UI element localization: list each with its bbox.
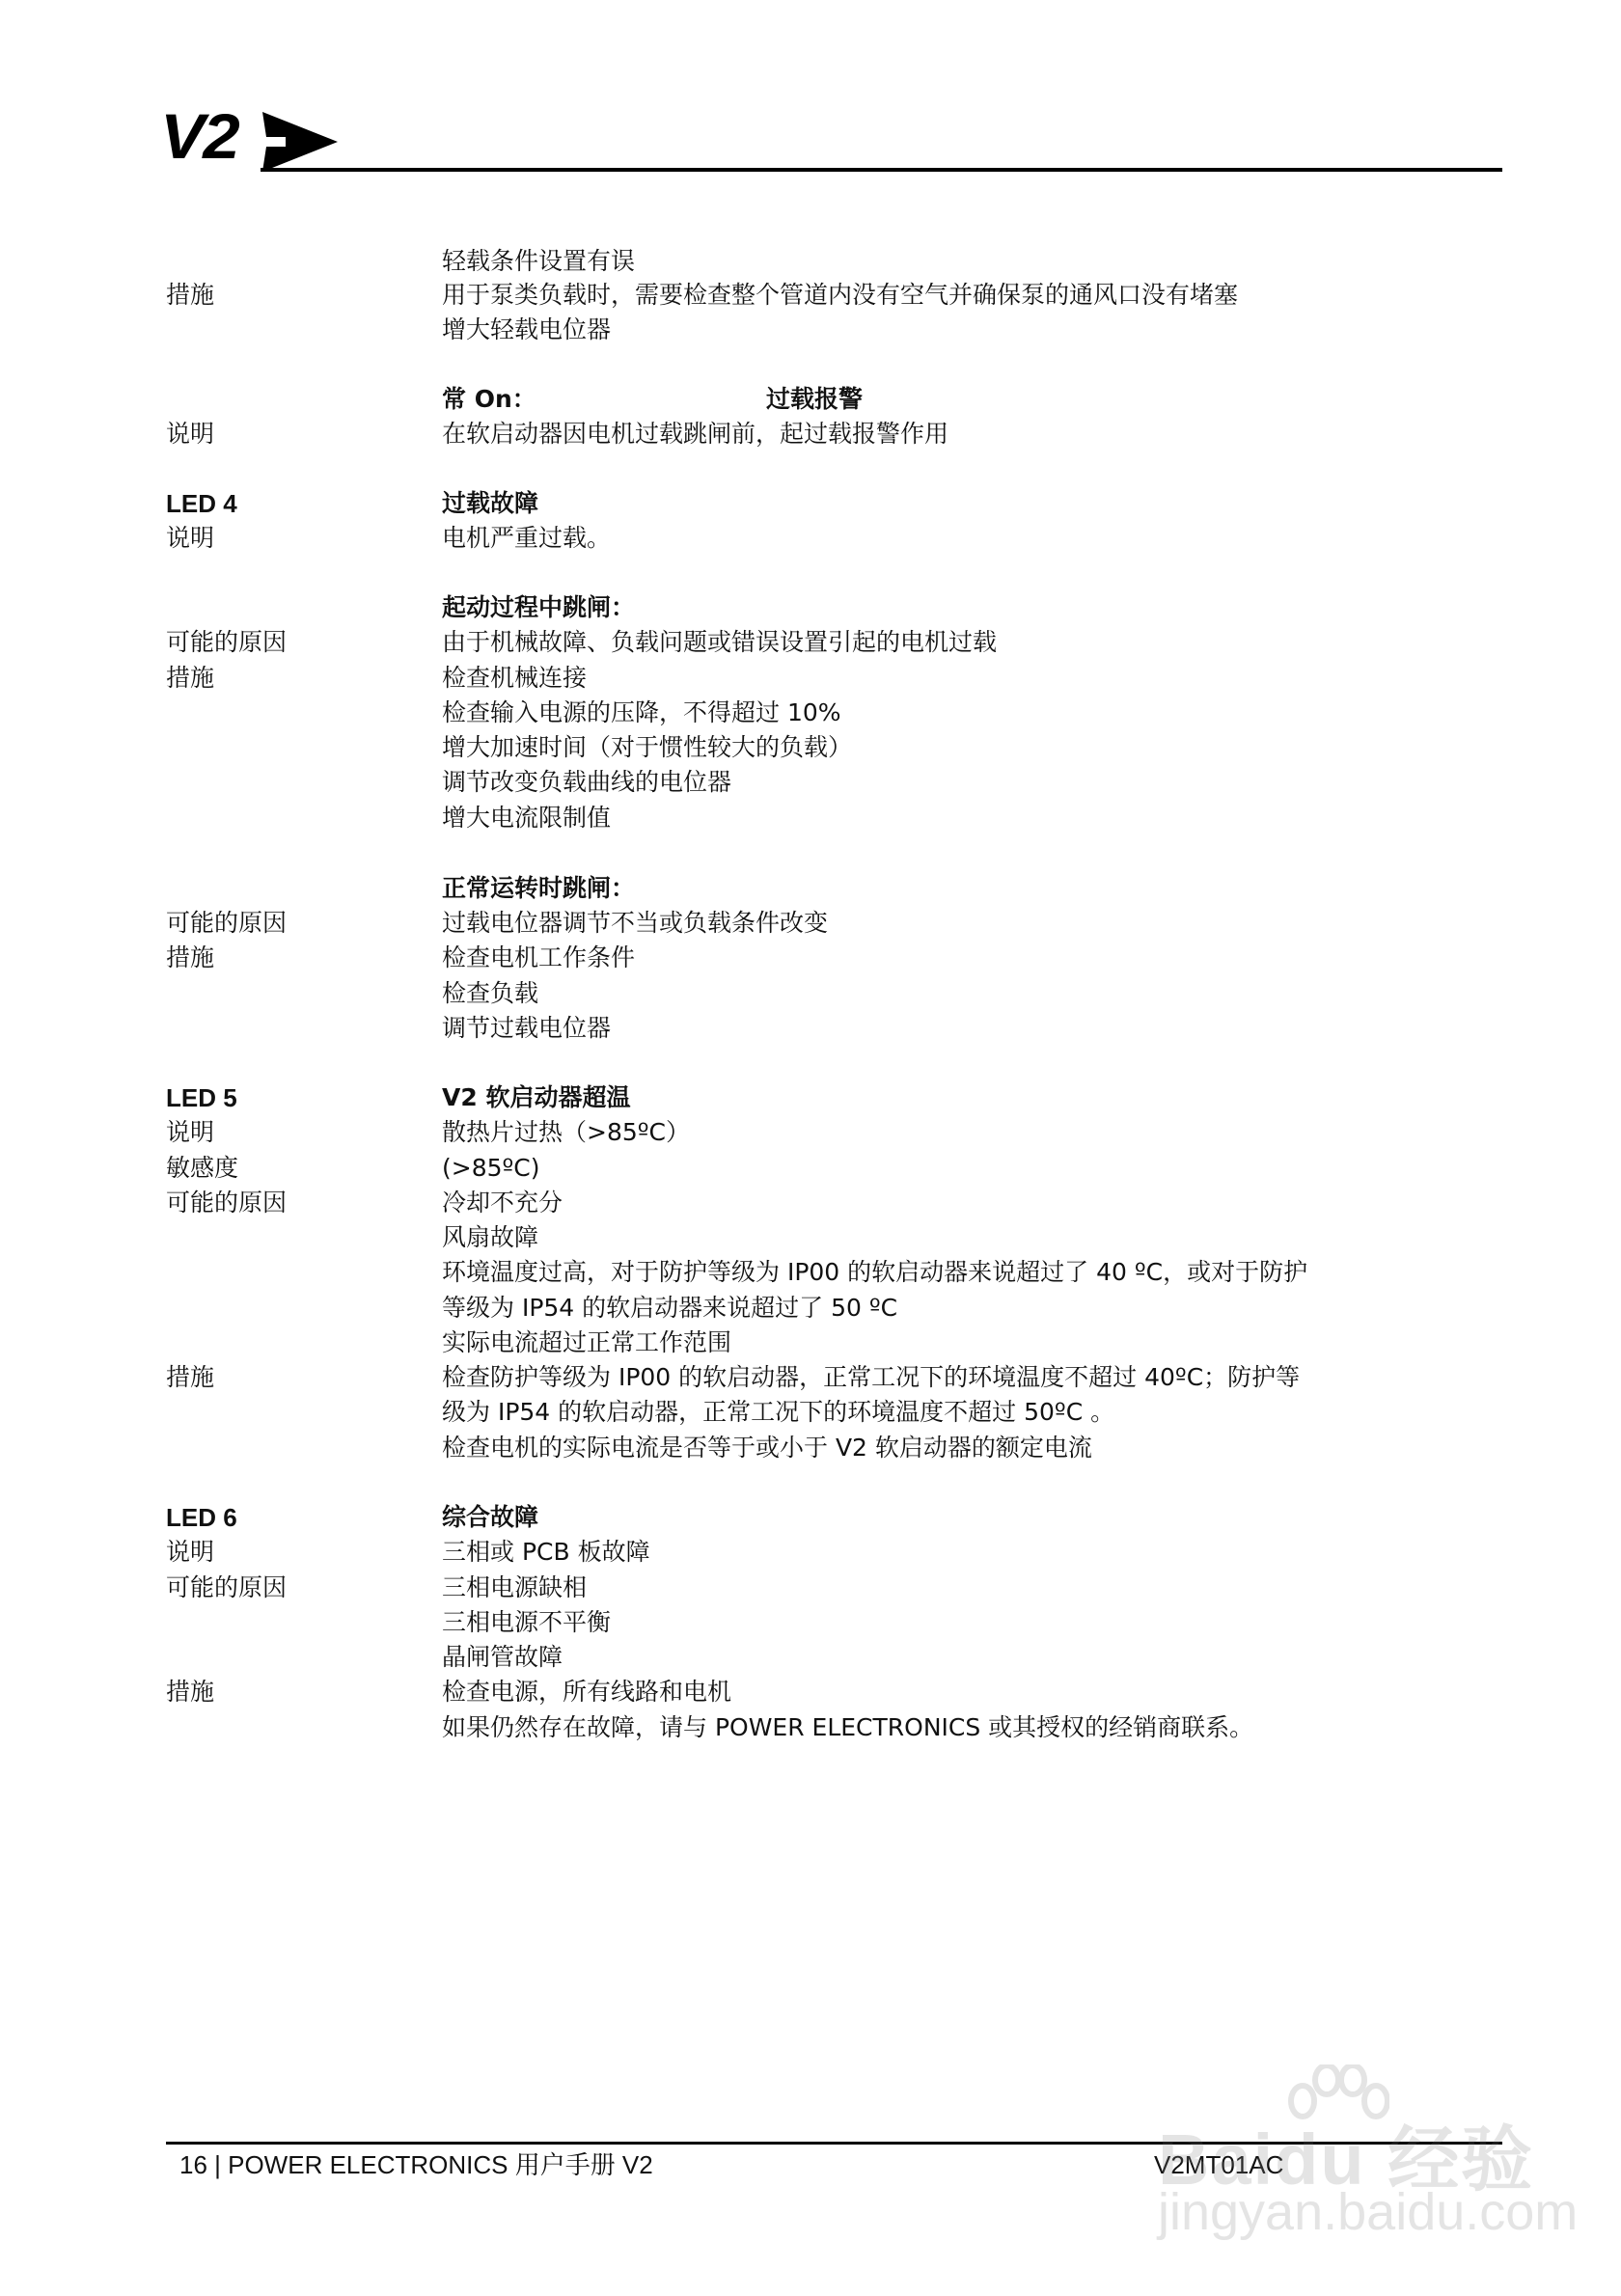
content-row: 三相电源不平衡 bbox=[0, 1605, 1621, 1640]
content-row: 措施检查机械连接 bbox=[0, 661, 1621, 696]
content-row: 说明电机严重过载。 bbox=[0, 521, 1621, 556]
paw-icon bbox=[1283, 2064, 1389, 2151]
field-value: 增大轻载电位器 bbox=[442, 313, 611, 347]
field-value: 增大加速时间（对于惯性较大的负载） bbox=[442, 730, 852, 765]
content-row: 实际电流超过正常工作范围 bbox=[0, 1326, 1621, 1360]
field-label: 可能的原因 bbox=[166, 625, 287, 660]
field-value: 轻载条件设置有误 bbox=[442, 244, 635, 279]
content-row: 调节过载电位器 bbox=[0, 1011, 1621, 1046]
content-row: 措施检查电源，所有线路和电机 bbox=[0, 1675, 1621, 1709]
field-value: 三相电源不平衡 bbox=[442, 1605, 611, 1640]
field-value: 检查机械连接 bbox=[442, 661, 587, 696]
field-value: 三相电源缺相 bbox=[442, 1571, 587, 1605]
field-value: 用于泵类负载时，需要检查整个管道内没有空气并确保泵的通风口没有堵塞 bbox=[442, 278, 1238, 313]
content-row: 环境温度过高，对于防护等级为 IP00 的软启动器来说超过了 40 ºC，或对于… bbox=[0, 1255, 1621, 1290]
content-row: 可能的原因冷却不充分 bbox=[0, 1186, 1621, 1220]
field-value: (>85ºC) bbox=[442, 1151, 540, 1186]
field-value: 在软启动器因电机过载跳闸前，起过载报警作用 bbox=[442, 417, 948, 451]
section-title: 过载故障 bbox=[442, 486, 538, 521]
content-row: 风扇故障 bbox=[0, 1220, 1621, 1255]
content-row: 轻载条件设置有误 bbox=[0, 244, 1621, 279]
led-label: LED 4 bbox=[166, 486, 237, 521]
section-title: 常 On： bbox=[442, 382, 536, 417]
field-value: 增大电流限制值 bbox=[442, 801, 611, 835]
content-row: 如果仍然存在故障，请与 POWER ELECTRONICS 或其授权的经销商联系… bbox=[0, 1710, 1621, 1745]
field-value: 实际电流超过正常工作范围 bbox=[442, 1326, 731, 1360]
content-row: 等级为 IP54 的软启动器来说超过了 50 ºC bbox=[0, 1291, 1621, 1326]
content-row: 起动过程中跳闸： bbox=[0, 590, 1621, 625]
field-value: 检查输入电源的压降，不得超过 10% bbox=[442, 696, 841, 730]
content-row: 说明散热片过热（>85ºC） bbox=[0, 1115, 1621, 1150]
field-value: 级为 IP54 的软启动器，正常工况下的环境温度不超过 50ºC 。 bbox=[442, 1395, 1114, 1430]
arrow-icon bbox=[261, 112, 340, 172]
section-title-secondary: 过载报警 bbox=[766, 382, 863, 417]
field-value: 检查电源，所有线路和电机 bbox=[442, 1675, 731, 1709]
led-label: LED 5 bbox=[166, 1080, 237, 1115]
field-label: 措施 bbox=[166, 941, 214, 975]
footer-page-info: 16 | POWER ELECTRONICS 用户手册 V2 bbox=[179, 2149, 653, 2180]
field-label: 说明 bbox=[166, 1115, 214, 1150]
content-row: 级为 IP54 的软启动器，正常工况下的环境温度不超过 50ºC 。 bbox=[0, 1395, 1621, 1430]
section-title: V2 软启动器超温 bbox=[442, 1080, 630, 1115]
field-value: 环境温度过高，对于防护等级为 IP00 的软启动器来说超过了 40 ºC，或对于… bbox=[442, 1255, 1307, 1290]
field-label: 可能的原因 bbox=[166, 906, 287, 941]
content-row: 检查电机的实际电流是否等于或小于 V2 软启动器的额定电流 bbox=[0, 1431, 1621, 1465]
field-label: 说明 bbox=[166, 1535, 214, 1570]
field-label: 措施 bbox=[166, 661, 214, 696]
field-value: 如果仍然存在故障，请与 POWER ELECTRONICS 或其授权的经销商联系… bbox=[442, 1710, 1253, 1745]
content-row: 可能的原因由于机械故障、负载问题或错误设置引起的电机过载 bbox=[0, 625, 1621, 660]
content-row: 措施检查电机工作条件 bbox=[0, 941, 1621, 975]
content-row: 可能的原因过载电位器调节不当或负载条件改变 bbox=[0, 906, 1621, 941]
field-value: 检查电机工作条件 bbox=[442, 941, 635, 975]
section-heading-row: LED 6综合故障 bbox=[0, 1500, 1621, 1535]
field-value: 检查防护等级为 IP00 的软启动器，正常工况下的环境温度不超过 40ºC；防护… bbox=[442, 1360, 1300, 1395]
content-row: 检查负载 bbox=[0, 976, 1621, 1011]
v2-logo: V2 bbox=[162, 104, 236, 168]
header-divider bbox=[261, 168, 1502, 172]
content-row: 增大加速时间（对于惯性较大的负载） bbox=[0, 730, 1621, 765]
field-label: 可能的原因 bbox=[166, 1186, 287, 1220]
field-value: 三相或 PCB 板故障 bbox=[442, 1535, 650, 1570]
field-label: 说明 bbox=[166, 417, 214, 451]
field-value: 调节改变负载曲线的电位器 bbox=[442, 765, 731, 800]
field-label: 可能的原因 bbox=[166, 1571, 287, 1605]
field-value: 检查电机的实际电流是否等于或小于 V2 软启动器的额定电流 bbox=[442, 1431, 1092, 1465]
content-row: 检查输入电源的压降，不得超过 10% bbox=[0, 696, 1621, 730]
content-row: 说明在软启动器因电机过载跳闸前，起过载报警作用 bbox=[0, 417, 1621, 451]
field-value: 冷却不充分 bbox=[442, 1186, 563, 1220]
field-value: 由于机械故障、负载问题或错误设置引起的电机过载 bbox=[442, 625, 997, 660]
section-title: 正常运转时跳闸： bbox=[442, 871, 635, 906]
content-row: 增大轻载电位器 bbox=[0, 313, 1621, 347]
field-label: 敏感度 bbox=[166, 1151, 238, 1186]
field-value: 散热片过热（>85ºC） bbox=[442, 1115, 690, 1150]
field-value: 电机严重过载。 bbox=[442, 521, 611, 556]
content-row: 增大电流限制值 bbox=[0, 801, 1621, 835]
field-label: 措施 bbox=[166, 1360, 214, 1395]
logo-text: V2 bbox=[160, 104, 238, 168]
content-row: 正常运转时跳闸： bbox=[0, 871, 1621, 906]
content-row: 说明三相或 PCB 板故障 bbox=[0, 1535, 1621, 1570]
content-row: 措施检查防护等级为 IP00 的软启动器，正常工况下的环境温度不超过 40ºC；… bbox=[0, 1360, 1621, 1395]
watermark-url: jingyan.baidu.com bbox=[1158, 2182, 1578, 2242]
field-value: 等级为 IP54 的软启动器来说超过了 50 ºC bbox=[442, 1291, 897, 1326]
content-row: 敏感度(>85ºC) bbox=[0, 1151, 1621, 1186]
field-value: 过载电位器调节不当或负载条件改变 bbox=[442, 906, 828, 941]
section-heading-row: LED 4过载故障 bbox=[0, 486, 1621, 521]
footer-doc-code: V2MT01AC bbox=[1154, 2149, 1283, 2180]
content-row: 调节改变负载曲线的电位器 bbox=[0, 765, 1621, 800]
field-label: 措施 bbox=[166, 278, 214, 313]
section-title: 起动过程中跳闸： bbox=[442, 590, 635, 625]
content-row: 常 On：过载报警 bbox=[0, 382, 1621, 417]
field-value: 检查负载 bbox=[442, 976, 538, 1011]
field-value: 晶闸管故障 bbox=[442, 1640, 563, 1675]
content-row: 晶闸管故障 bbox=[0, 1640, 1621, 1675]
content-row: 可能的原因三相电源缺相 bbox=[0, 1571, 1621, 1605]
field-value: 调节过载电位器 bbox=[442, 1011, 611, 1046]
section-heading-row: LED 5V2 软启动器超温 bbox=[0, 1080, 1621, 1115]
field-value: 风扇故障 bbox=[442, 1220, 538, 1255]
content-row: 措施用于泵类负载时，需要检查整个管道内没有空气并确保泵的通风口没有堵塞 bbox=[0, 278, 1621, 313]
footer-divider bbox=[166, 2142, 1502, 2145]
section-title: 综合故障 bbox=[442, 1500, 538, 1535]
field-label: 说明 bbox=[166, 521, 214, 556]
led-label: LED 6 bbox=[166, 1500, 237, 1535]
field-label: 措施 bbox=[166, 1675, 214, 1709]
